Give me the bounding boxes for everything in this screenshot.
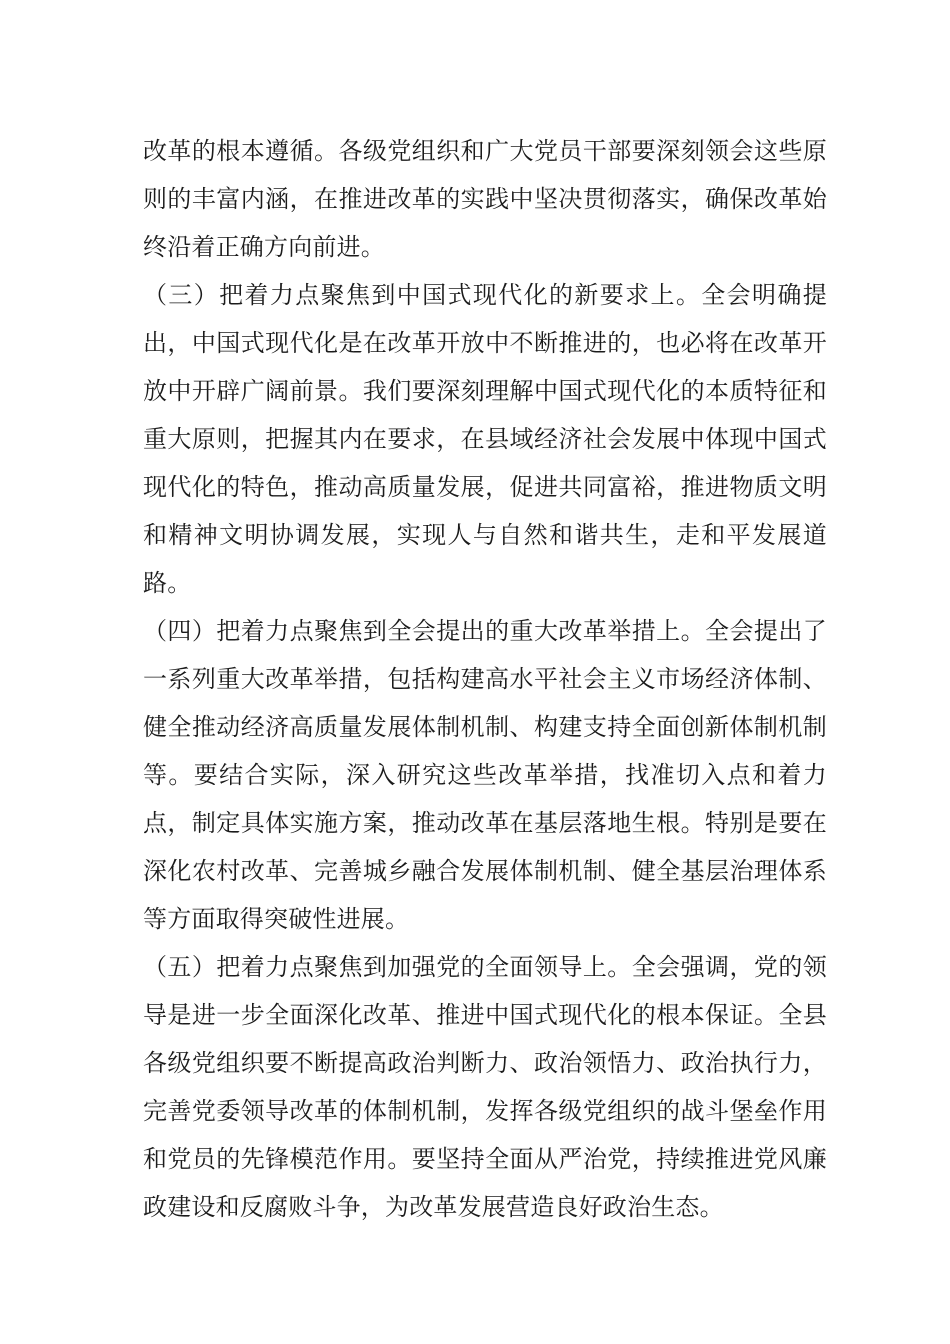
paragraph-continuation: 改革的根本遵循。各级党组织和广大党员干部要深刻领会这些原则的丰富内涵，在推进改革… — [143, 128, 827, 272]
paragraph-item-three: （三）把着力点聚焦到中国式现代化的新要求上。全会明确提出，中国式现代化是在改革开… — [143, 272, 827, 608]
document-page: 改革的根本遵循。各级党组织和广大党员干部要深刻领会这些原则的丰富内涵，在推进改革… — [0, 0, 950, 1344]
document-text-block: 改革的根本遵循。各级党组织和广大党员干部要深刻领会这些原则的丰富内涵，在推进改革… — [143, 128, 827, 1232]
paragraph-item-four: （四）把着力点聚焦到全会提出的重大改革举措上。全会提出了一系列重大改革举措，包括… — [143, 608, 827, 944]
paragraph-item-five: （五）把着力点聚焦到加强党的全面领导上。全会强调，党的领导是进一步全面深化改革、… — [143, 944, 827, 1232]
